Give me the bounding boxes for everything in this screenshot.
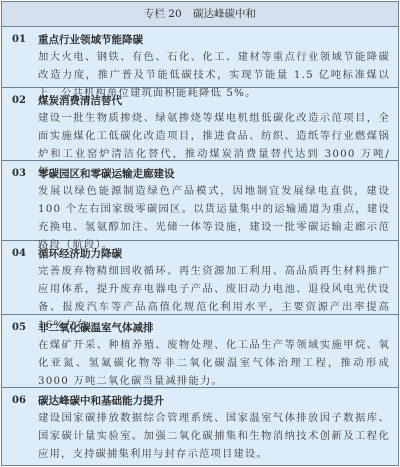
section-body: 建设国家碳排放数据综合管理系统、国家温室气体排放因子数据库、国家碳计量实验室。加… [38,409,390,463]
section-01: 01 重点行业领域节能降碳 加大火电、钢铁、有色、石化、化工、建材等重点行业领域… [2,27,398,88]
section-title: 煤炭消费清洁替代 [38,93,122,108]
section-number: 03 [10,168,38,179]
column-box: 专栏 20 碳达峰碳中和 01 重点行业领域节能降碳 加大火电、钢铁、有色、石化… [1,1,399,466]
section-title: 碳达峰碳中和基础能力提升 [38,393,164,408]
section-title: 零碳园区和零碳运输走廊建设 [38,166,175,181]
section-number: 05 [10,322,38,333]
section-03: 03 零碳园区和零碳运输走廊建设 发展以绿色能源制造绿色产品模式，因地制宜发展绿… [2,161,398,241]
section-body: 在煤矿开采、种植养殖、废物处理、化工品生产等领域实施甲烷、氧化亚氮、氢氟碳化物等… [38,336,390,390]
section-title: 循环经济助力降碳 [38,246,122,261]
section-title: 重点行业领域节能降碳 [38,32,143,47]
column-label: 专栏 20 [144,8,182,20]
section-number: 04 [10,248,38,259]
column-title: 碳达峰碳中和 [193,8,256,20]
section-06: 06 碳达峰碳中和基础能力提升 建设国家碳排放数据综合管理系统、国家温室气体排放… [2,388,398,465]
column-header: 专栏 20 碳达峰碳中和 [2,2,398,27]
section-title: 非二氧化碳温室气体减排 [38,320,154,335]
section-04: 04 循环经济助力降碳 完善废弃物精细回收循环、再生资源加工利用、高品质再生材料… [2,241,398,315]
section-number: 02 [10,95,38,106]
section-number: 01 [10,34,38,45]
section-number: 06 [10,395,38,406]
section-05: 05 非二氧化碳温室气体减排 在煤矿开采、种植养殖、废物处理、化工品生产等领域实… [2,315,398,388]
